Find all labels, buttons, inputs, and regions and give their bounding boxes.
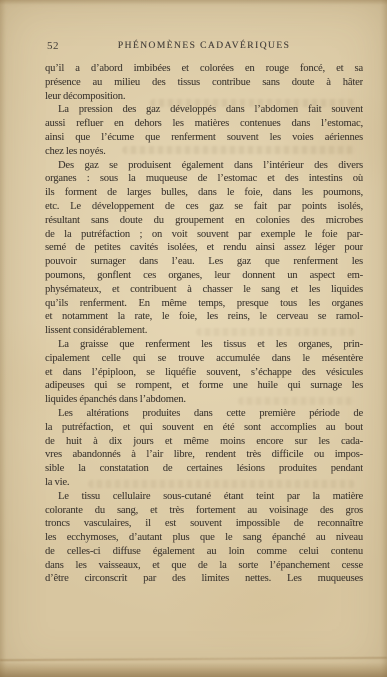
text-line: dans les vaisseaux, et que de la sorte l… [45,559,363,573]
text-line: Le tissu cellulaire sous-cutané étant te… [45,490,363,504]
bleed-through-mark [238,397,355,405]
text-line: et dans l’épiploon, se liquéfie souvent,… [45,366,363,380]
text-line: de la putréfaction ; on voit souvent par… [45,228,363,242]
text-line: Des gaz se produisent également dans l’i… [45,159,363,173]
text-line: poumons, gonflent ces organes, leur donn… [45,269,363,283]
text-line: vres abandonnés à l’air libre, rendent t… [45,448,363,462]
text-line: Les altérations produites dans cette pre… [45,407,363,421]
text-line: semé de petites cavités isolées, et rend… [45,241,363,255]
bleed-through-mark [122,146,355,154]
text-line: ils forment de larges bulles, dans le fo… [45,186,363,200]
text-line: présence au milieu des tissus contribue … [45,76,363,90]
bleed-through-mark [88,480,355,488]
text-line: pouvoir surnager dans l’eau. Les gaz que… [45,255,363,269]
text-line: etc. Le développement de ces gaz se fait… [45,200,363,214]
bleed-through-mark [150,99,355,107]
page-crease [0,657,387,661]
text-line: qu’il a d’abord imbibées et colorées en … [45,62,363,76]
text-line: colorante du sang, et très fortement au … [45,504,363,518]
text-line: La graisse que renferment les tissus et … [45,338,363,352]
text-line: organes : sous la muqueuse de l’estomac … [45,172,363,186]
text-line: les ecchymoses, d’autant plus que le san… [45,531,363,545]
text-line: de huit à dix jours et même moins encore… [45,435,363,449]
text-line: la putréfaction, et qui souvent en été s… [45,421,363,435]
paragraph: qu’il a d’abord imbibées et colorées en … [45,62,363,103]
text-line: qu’ils renferment. En même temps, presqu… [45,297,363,311]
bleed-through-mark [196,328,355,336]
page-body: qu’il a d’abord imbibées et colorées en … [45,62,363,586]
text-line: adipeuses qui se rompent, et forme une h… [45,379,363,393]
book-page: 52 PHÉNOMÈNES CADAVÉRIQUES qu’il a d’abo… [0,0,387,677]
page-bottom-edge [0,662,387,677]
text-line: troncs vasculaires, il est souvent impos… [45,517,363,531]
text-line: et notamment la rate, le foie, les reins… [45,310,363,324]
paragraph: Les altérations produites dans cette pre… [45,407,363,490]
text-line: ainsi que l’écume que renferment souvent… [45,131,363,145]
text-line: physémateux, et contribuent à chasser le… [45,283,363,297]
paragraph: Des gaz se produisent également dans l’i… [45,159,363,338]
text-line: aussi refluer en dehors les matières con… [45,117,363,131]
text-line: cipalement celle qui se trouve accumulée… [45,352,363,366]
text-line: résultant sans doute du groupement en co… [45,214,363,228]
page-header: 52 PHÉNOMÈNES CADAVÉRIQUES [45,40,363,54]
text-line: sible la constatation de certaines lésio… [45,462,363,476]
text-line: d’être circonscrit par des limites nette… [45,572,363,586]
text-line: de celles-ci diffuse également au loin c… [45,545,363,559]
running-title: PHÉNOMÈNES CADAVÉRIQUES [45,40,363,51]
paragraph: Le tissu cellulaire sous-cutané étant te… [45,490,363,587]
page-number: 52 [47,40,59,52]
